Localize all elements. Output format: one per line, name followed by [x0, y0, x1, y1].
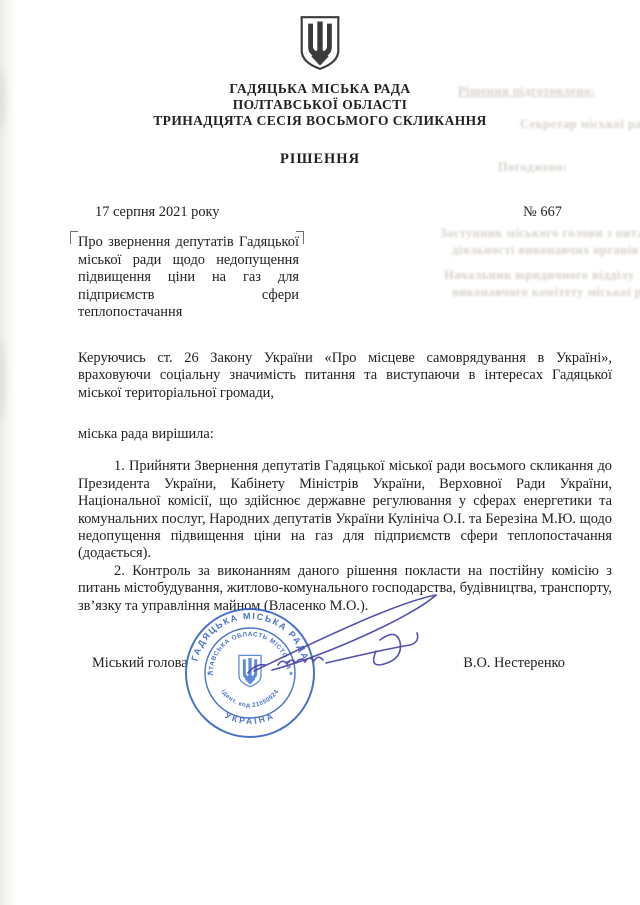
preamble-paragraph: Керуючись ст. 26 Закону України «Про міс…	[78, 350, 612, 403]
corner-mark-left	[70, 231, 78, 244]
resolve-intro: міська рада вирішила:	[78, 426, 612, 443]
stamp-outer-bottom-text: УКРАЇНА	[223, 710, 276, 726]
bleedthrough-text: Погоджено:	[498, 160, 568, 175]
signer-title: Міський голова	[92, 655, 188, 672]
svg-text:УКРАЇНА: УКРАЇНА	[223, 710, 276, 726]
subject-block: Про звернення депутатів Гадяцької місько…	[78, 234, 299, 322]
bleedthrough-text: Секретар міської ради	[520, 117, 640, 132]
stamp-star-left: ✶	[206, 670, 212, 678]
resolution-item-1: 1. Прийняти Звернення депутатів Гадяцько…	[78, 458, 612, 562]
signature	[230, 583, 460, 693]
corner-mark-right	[296, 231, 304, 244]
trident-emblem-icon	[298, 15, 342, 71]
document-date: 17 серпня 2021 року	[95, 204, 220, 221]
bleedthrough-text: Рішення підготовлено:	[458, 84, 595, 99]
bleedthrough-text: Заступник міського голови з питань	[440, 226, 640, 241]
org-region-line: ПОЛТАВСЬКОЇ ОБЛАСТІ	[0, 97, 640, 113]
date-number-row: 17 серпня 2021 року № 667	[78, 204, 612, 221]
document-number: № 667	[523, 204, 562, 221]
bleedthrough-text: Начальник юридичного відділу	[444, 268, 635, 283]
bleedthrough-text: виконавчого комітету міської ради	[452, 285, 640, 300]
subject-text: Про звернення депутатів Гадяцької місько…	[78, 234, 299, 320]
bleedthrough-text: діяльності виконавчих органів ради	[452, 243, 640, 258]
document-page: Рішення підготовлено: Секретар міської р…	[0, 0, 640, 905]
signer-name: В.О. Нестеренко	[463, 655, 565, 672]
